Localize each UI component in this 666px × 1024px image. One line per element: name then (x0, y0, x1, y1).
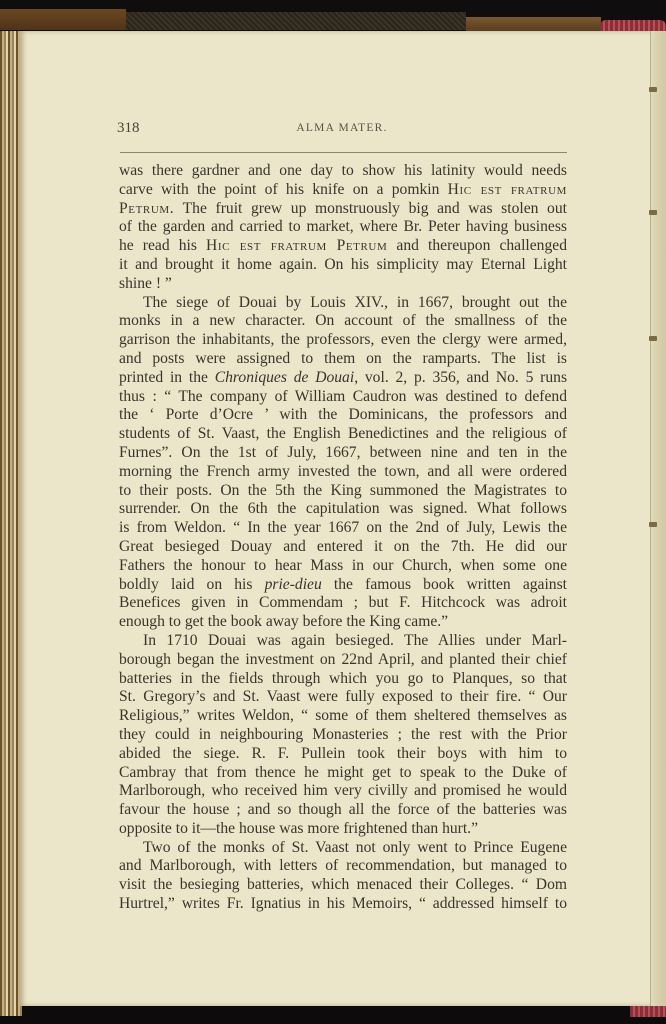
text-line: Cambray that from thence he might get to… (119, 764, 567, 783)
text-line: was there gardner and one day to show hi… (119, 162, 567, 181)
text-line: borough began the investment on 22nd Apr… (119, 651, 567, 670)
text-line: visit the besieging batteries, which men… (119, 876, 567, 895)
text-line: Marlborough, who received him very civil… (119, 782, 567, 801)
text-line: Great besieged Douay and entered it on t… (119, 538, 567, 557)
text-line: it and brought it home again. On his sim… (119, 256, 567, 275)
text-line: shine ! ” (119, 275, 567, 294)
binding-leather-left (0, 9, 126, 30)
text-line: abided the siege. R. F. Pullein took the… (119, 745, 567, 764)
text-line: The siege of Douai by Louis XIV., in 166… (119, 294, 567, 313)
text-line: garrison the inhabitants, the professors… (119, 331, 567, 350)
text-line: surrender. On the 6th the capitulation w… (119, 500, 567, 519)
text-line: carve with the point of his knife on a p… (119, 181, 567, 200)
text-line: students of St. Vaast, the English Bened… (119, 425, 567, 444)
text-line: Fathers the honour to hear Mass in our C… (119, 557, 567, 576)
text-line: thus : “ The company of William Caudron … (119, 388, 567, 407)
text-line: they could in neighbouring Monasteries ;… (119, 726, 567, 745)
body-text: was there gardner and one day to show hi… (119, 162, 567, 914)
header-rule (120, 152, 567, 153)
binding-cloth-textured (126, 12, 466, 30)
text-line: of the garden and carried to market, whe… (119, 218, 567, 237)
tab-mark (649, 522, 657, 527)
text-line: to their posts. On the 5th the King summ… (119, 482, 567, 501)
text-line: is from Weldon. “ In the year 1667 on th… (119, 519, 567, 538)
running-head: ALMA MATER. (117, 122, 567, 134)
text-line: Furnes”. On the 1st of July, 1667, betwe… (119, 444, 567, 463)
text-line: Two of the monks of St. Vaast not only w… (119, 839, 567, 858)
text-line: monks in a new character. On account of … (119, 312, 567, 331)
page-gutter-right (650, 31, 666, 1006)
text-line: Petrum. The fruit grew up monstruously b… (119, 200, 567, 219)
text-line: Benefices given in Commendam ; but F. Hi… (119, 594, 567, 613)
text-line: he read his Hic est fratrum Petrum and t… (119, 237, 567, 256)
text-line: In 1710 Douai was again besieged. The Al… (119, 632, 567, 651)
marbled-page-edge-bottom (630, 1005, 666, 1017)
page-header: 318 ALMA MATER. (117, 120, 567, 138)
tab-mark (649, 210, 657, 215)
text-line: and posts were assigned to them on the r… (119, 350, 567, 369)
text-line: opposite to it—the house was more fright… (119, 820, 567, 839)
text-line: favour the house ; and so though all the… (119, 801, 567, 820)
tab-mark (649, 336, 657, 341)
text-line: St. Gregory’s and St. Vaast were fully e… (119, 688, 567, 707)
text-line: the ‘ Porte d’Ocre ’ with the Dominicans… (119, 406, 567, 425)
text-line: and Marlborough, with letters of recomme… (119, 857, 567, 876)
text-line: Hurtrel,” writes Fr. Ignatius in his Mem… (119, 895, 567, 914)
text-line: boldly laid on his prie-dieu the famous … (119, 576, 567, 595)
text-line: Religious,” writes Weldon, “ some of the… (119, 707, 567, 726)
text-line: morning the French army invested the tow… (119, 463, 567, 482)
text-line: printed in the Chroniques de Douai, vol.… (119, 369, 567, 388)
page-stack-left (0, 31, 22, 1016)
tab-mark (649, 87, 657, 92)
text-line: enough to get the book away before the K… (119, 613, 567, 632)
text-line: batteries in the fields through which yo… (119, 670, 567, 689)
binding-leather-right (466, 17, 601, 31)
